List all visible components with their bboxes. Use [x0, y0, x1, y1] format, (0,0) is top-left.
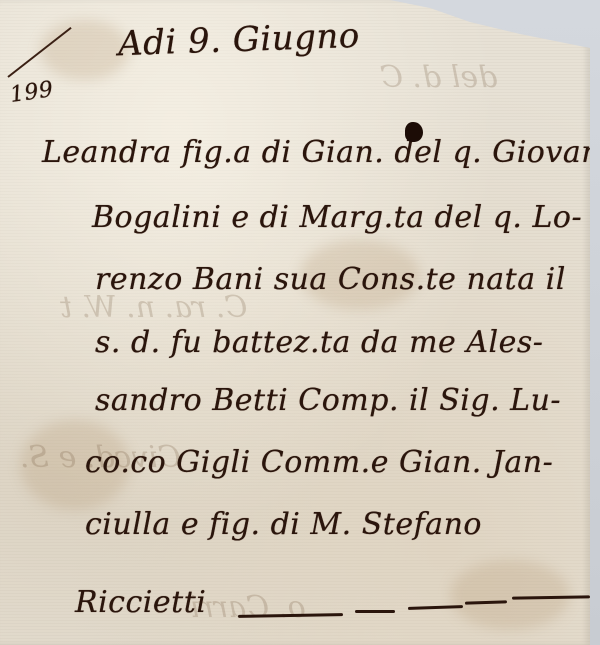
- record-line-2: Bogalini e di Marg.ta del q. Lo-: [92, 200, 582, 235]
- bleed-through-text: del d. C: [380, 60, 497, 95]
- record-line-5: sandro Betti Comp. il Sig. Lu-: [95, 383, 561, 418]
- stain: [40, 20, 130, 80]
- record-line-4: s. d. fu battez.ta da me Ales-: [95, 325, 543, 360]
- record-line-6: co.co Gigli Comm.e Gian. Jan-: [85, 445, 553, 480]
- bleed-through-text: o. Carri: [190, 590, 306, 625]
- record-line-3: renzo Bani sua Cons.te nata il: [95, 262, 566, 297]
- record-line-8: Riccietti: [75, 585, 206, 620]
- ink-blot: [405, 122, 423, 142]
- record-line-7: ciulla e fig. di M. Stefano: [85, 507, 482, 542]
- margin-entry-number: 199: [8, 77, 55, 108]
- manuscript-page: C. ra. n. W. t Civcd. e S. del d. C o. C…: [0, 0, 590, 645]
- record-date-heading: Adi 9. Giugno: [117, 16, 360, 64]
- record-line-1: Leandra fig.a di Gian. del q. Giovan: [42, 135, 600, 170]
- closing-rule: [355, 610, 395, 613]
